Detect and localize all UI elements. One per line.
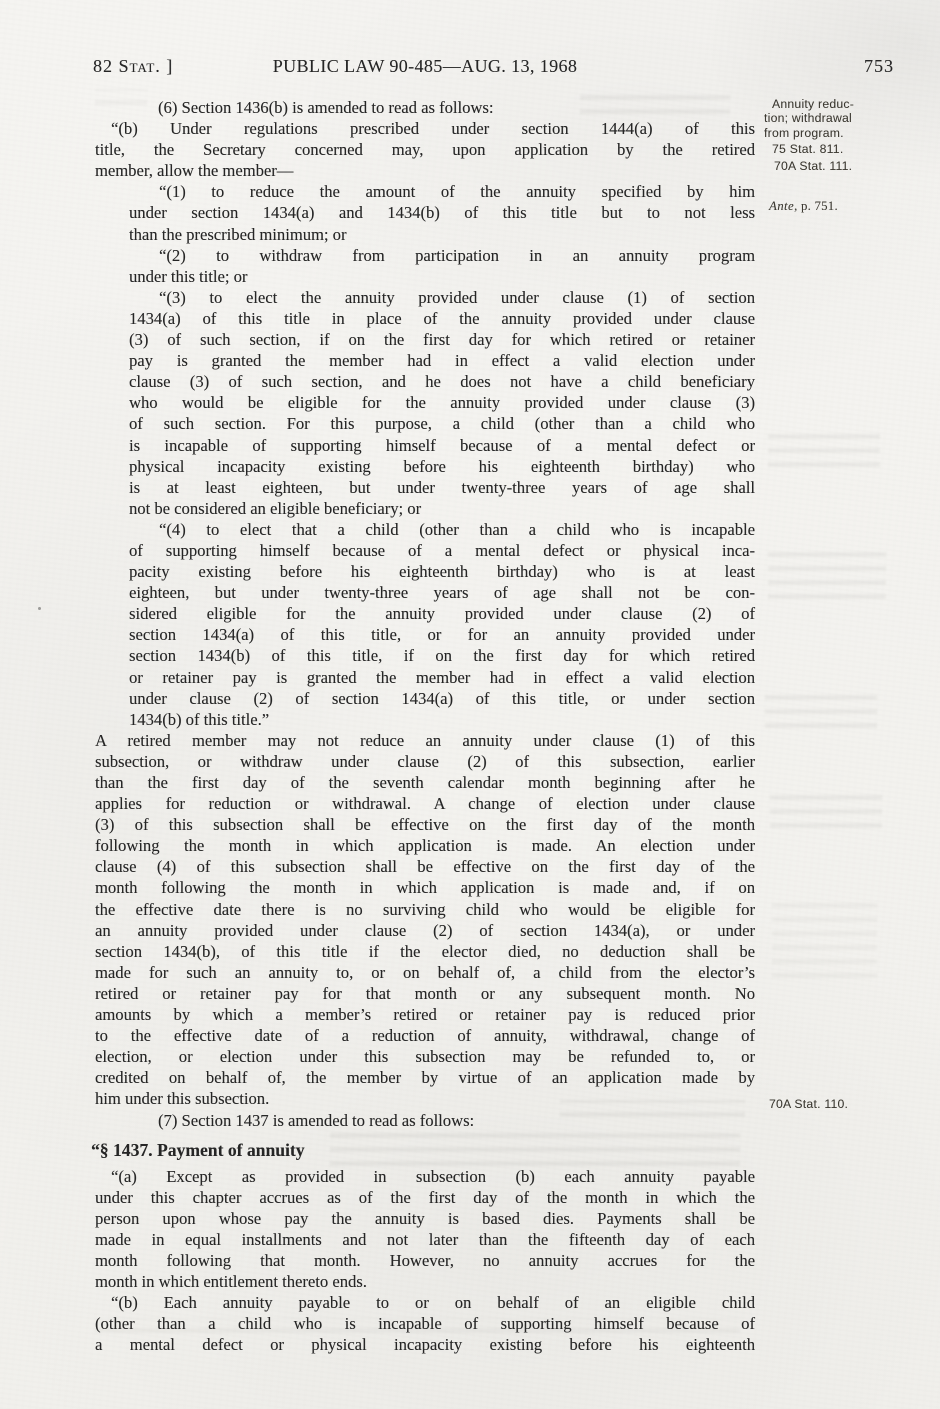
margin-note-70a-stat-110: 70A Stat. 110. [764, 1097, 911, 1111]
text-line: month in which entitlement thereto ends. [95, 1271, 755, 1292]
text-line: sidered eligible for the annuity provide… [129, 603, 755, 624]
text-line: person upon whose pay the annuity is bas… [95, 1208, 755, 1229]
text-line: month following that month. However, no … [95, 1250, 755, 1271]
text-line: section 1434(b) of this title, if on the… [129, 645, 755, 666]
text-line: pay is granted the member had in effect … [129, 350, 755, 371]
text-line: to the effective date of a reduction of … [95, 1025, 755, 1046]
margin-note-line: from program. [764, 126, 906, 140]
text-line: “§ 1437. Payment of annuity [91, 1140, 755, 1161]
text-line: than the first day of the seventh calend… [95, 772, 755, 793]
text-line: “(4) to elect that a child (other than a… [129, 519, 755, 540]
clause-2: “(2) to withdraw from participation in a… [95, 245, 755, 287]
text-line: “(1) to reduce the amount of the annuity… [129, 181, 755, 202]
statute-text-column: (6) Section 1436(b) is amended to read a… [95, 97, 755, 1356]
ante-italic: Ante [769, 199, 794, 213]
text-line: 1434(a) of this title in place of the an… [129, 308, 755, 329]
margin-note-70a-stat-111: 70A Stat. 111. [764, 159, 916, 173]
running-head: 82 Stat. ] PUBLIC LAW 90-485—AUG. 13, 19… [0, 56, 940, 80]
text-line: “(2) to withdraw from participation in a… [129, 245, 755, 266]
text-line: (3) of such section, if on the first day… [129, 329, 755, 350]
text-line: a mental defect or physical incapacity e… [95, 1334, 755, 1355]
text-line: clause (3) of such section, and he does … [129, 371, 755, 392]
bleed-through-smudge [768, 545, 886, 599]
text-line: pacity existing before his eighteenth bi… [129, 561, 755, 582]
text-line: under section 1434(a) and 1434(b) of thi… [129, 202, 755, 223]
text-line: not be considered an eligible beneficiar… [129, 498, 755, 519]
text-line: physical incapacity existing before his … [129, 456, 755, 477]
text-line: under this title; or [129, 266, 755, 287]
subsec-b-1437: “(b) Each annuity payable to or on behal… [95, 1292, 755, 1355]
text-line: (7) Section 1437 is amended to read as f… [95, 1110, 755, 1131]
text-line: him under this subsection. [95, 1088, 755, 1109]
clause-3: “(3) to elect the annuity provided under… [95, 287, 755, 519]
text-line: the effective date there is no surviving… [95, 899, 755, 920]
public-law-title: PUBLIC LAW 90-485—AUG. 13, 1968 [0, 56, 850, 77]
text-line: of such section. For this purpose, a chi… [129, 413, 755, 434]
text-line: is at least eighteen, but under twenty-t… [129, 477, 755, 498]
bleed-through-smudge [768, 425, 880, 467]
bleed-through-smudge [772, 902, 877, 978]
text-line: of supporting himself because of a menta… [129, 540, 755, 561]
text-line: amounts by which a member’s retired or r… [95, 1004, 755, 1025]
bleed-through-smudge [770, 788, 882, 828]
page-number: 753 [864, 56, 894, 77]
text-line: title, the Secretary concerned may, upon… [95, 139, 755, 160]
amend-item-6: (6) Section 1436(b) is amended to read a… [95, 97, 755, 118]
text-line: or retainer pay is granted the member ha… [129, 667, 755, 688]
clause-4: “(4) to elect that a child (other than a… [95, 519, 755, 730]
text-line: “(3) to elect the annuity provided under… [129, 287, 755, 308]
text-line: who would be eligible for the annuity pr… [129, 392, 755, 413]
text-line: A retired member may not reduce an annui… [95, 730, 755, 751]
text-line: retired or retainer pay for that month o… [95, 983, 755, 1004]
scan-speck [38, 607, 41, 610]
bleed-through-smudge [765, 688, 877, 728]
subsec-b-1436: “(b) Under regulations prescribed under … [95, 118, 755, 181]
text-line: eighteen, but under twenty-three years o… [129, 582, 755, 603]
text-line: 1434(b) of this title.” [129, 709, 755, 730]
amend-item-7: (7) Section 1437 is amended to read as f… [95, 1110, 755, 1131]
margin-note-75-stat-811: 75 Stat. 811. [764, 142, 914, 156]
clause-1: “(1) to reduce the amount of the annuity… [95, 181, 755, 244]
text-line: “(a) Except as provided in subsection (b… [95, 1166, 755, 1187]
margin-note-line: tion; withdrawal [764, 111, 906, 125]
text-line: applies for reduction or withdrawal. A c… [95, 793, 755, 814]
text-line: an annuity provided under clause (2) of … [95, 920, 755, 941]
text-line: (3) of this subsection shall be effectiv… [95, 814, 755, 835]
text-line: is incapable of supporting himself becau… [129, 435, 755, 456]
text-line: following the month in which application… [95, 835, 755, 856]
text-line: made for such an annuity to, or on behal… [95, 962, 755, 983]
text-line: under this chapter accrues as of the fir… [95, 1187, 755, 1208]
text-line: election, or election under this subsect… [95, 1046, 755, 1067]
text-line: section 1434(a) of this title, or for an… [129, 624, 755, 645]
margin-note-line: Annuity reduc- [764, 97, 906, 111]
text-line: (6) Section 1436(b) is amended to read a… [95, 97, 755, 118]
text-line: under clause (2) of section 1434(a) of t… [129, 688, 755, 709]
ante-rest: , p. 751. [794, 199, 838, 213]
text-line: subsection, or withdraw under clause (2)… [95, 751, 755, 772]
closing-paragraph: A retired member may not reduce an annui… [95, 730, 755, 1110]
scanned-statute-page: 82 Stat. ] PUBLIC LAW 90-485—AUG. 13, 19… [0, 0, 940, 1409]
text-line: section 1434(b), of this title if the el… [95, 941, 755, 962]
text-line: clause (4) of this subsection shall be e… [95, 856, 755, 877]
text-line: member, allow the member— [95, 160, 755, 181]
margin-note-annuity-reduction: Annuity reduc- tion; withdrawal from pro… [764, 97, 906, 140]
text-line: “(b) Each annuity payable to or on behal… [95, 1292, 755, 1313]
text-line: (other than a child who is incapable of … [95, 1313, 755, 1334]
text-line: “(b) Under regulations prescribed under … [95, 118, 755, 139]
text-line: month following the month in which appli… [95, 877, 755, 898]
text-line: credited on behalf of, the member by vir… [95, 1067, 755, 1088]
sec-1437-heading: “§ 1437. Payment of annuity [91, 1140, 755, 1161]
subsec-a-1437: “(a) Except as provided in subsection (b… [95, 1166, 755, 1293]
text-line: than the prescribed minimum; or [129, 224, 755, 245]
margin-note-ante-p-751: Ante, p. 751. [764, 199, 911, 213]
text-line: made in equal installments and not later… [95, 1229, 755, 1250]
